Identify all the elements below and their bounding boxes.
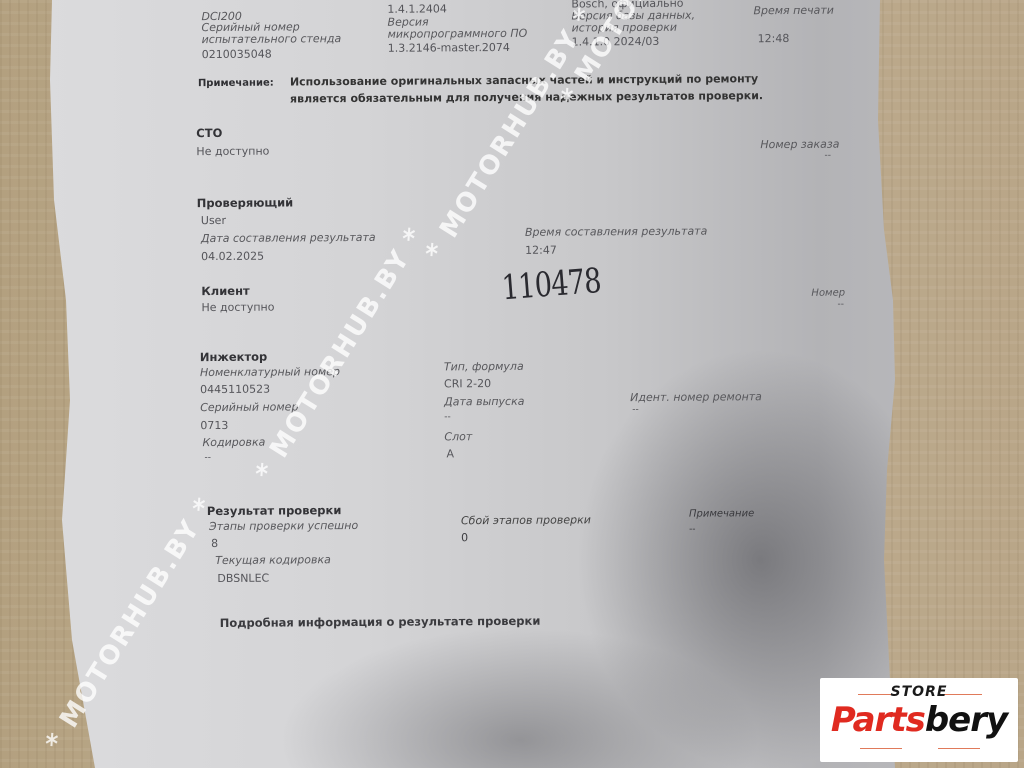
result-time: 12:47 (525, 244, 557, 257)
logo-brand-red: Parts (831, 700, 925, 740)
result-time-label: Время составления результата (525, 225, 707, 239)
current-coding: DBSNLEC (217, 572, 269, 585)
passed-label: Этапы проверки успешно (209, 519, 358, 533)
current-coding-label: Текущая кодировка (215, 553, 331, 567)
repair-id: -- (632, 405, 639, 415)
remark-label: Примечание (689, 508, 754, 519)
slot-label: Слот (444, 430, 472, 443)
client-value: Не доступно (201, 301, 274, 315)
workshop-value: Не доступно (196, 145, 269, 159)
logo-brand-text: Partsbery (820, 700, 1018, 740)
injector-title: Инжектор (200, 350, 268, 364)
release-date: -- (444, 412, 451, 422)
test-bench-serial-label: Серийный номер испытательного стенда (201, 21, 351, 46)
client-number: -- (837, 300, 844, 310)
serial-number: 0713 (200, 419, 228, 432)
passed-value: 8 (211, 537, 218, 550)
details-title: Подробная информация о результате провер… (220, 614, 541, 630)
logo-divider (938, 748, 980, 749)
coding-label: Кодировка (202, 436, 265, 449)
slot-value: A (446, 447, 454, 460)
note-label: Примечание: (198, 78, 274, 90)
client-number-label: Номер (811, 288, 845, 299)
client-title: Клиент (201, 284, 249, 298)
failed-label: Сбой этапов проверки (461, 513, 591, 527)
print-time: 12:48 (758, 32, 790, 45)
logo-divider (860, 748, 902, 749)
serial-label: Серийный номер (200, 400, 298, 414)
firmware-version-label: Версия микропрограммного ПО (387, 16, 547, 41)
print-time-label: Время печати (753, 4, 834, 18)
logo-brand-black: bery (925, 700, 1007, 740)
inspector-name: User (201, 214, 226, 227)
order-number: -- (824, 151, 831, 161)
remark-value: -- (689, 525, 696, 535)
coding-value: -- (205, 453, 212, 463)
logo-store-text: STORE (820, 684, 1018, 700)
result-date-label: Дата составления результата (201, 231, 376, 245)
firmware-version: 1.3.2146-master.2074 (388, 41, 510, 55)
order-number-label: Номер заказа (760, 138, 839, 152)
release-date-label: Дата выпуска (444, 395, 524, 409)
test-bench-serial: 0210035048 (202, 48, 272, 61)
failed-value: 0 (461, 531, 468, 544)
type-value: CRI 2-20 (444, 377, 491, 390)
handwritten-number: 110478 (500, 261, 602, 308)
repair-id-label: Идент. номер ремонта (630, 390, 762, 404)
workshop-title: СТО (196, 126, 222, 140)
result-title: Результат проверки (207, 503, 342, 518)
type-label: Тип, формула (444, 360, 524, 374)
header-col2-value: 1.4.1.2404 (387, 2, 447, 15)
inspector-title: Проверяющий (197, 195, 294, 210)
partsbery-store-logo: STORE Partsbery (820, 678, 1018, 762)
part-number: 0445110523 (200, 383, 270, 396)
result-date: 04.02.2025 (201, 250, 264, 263)
